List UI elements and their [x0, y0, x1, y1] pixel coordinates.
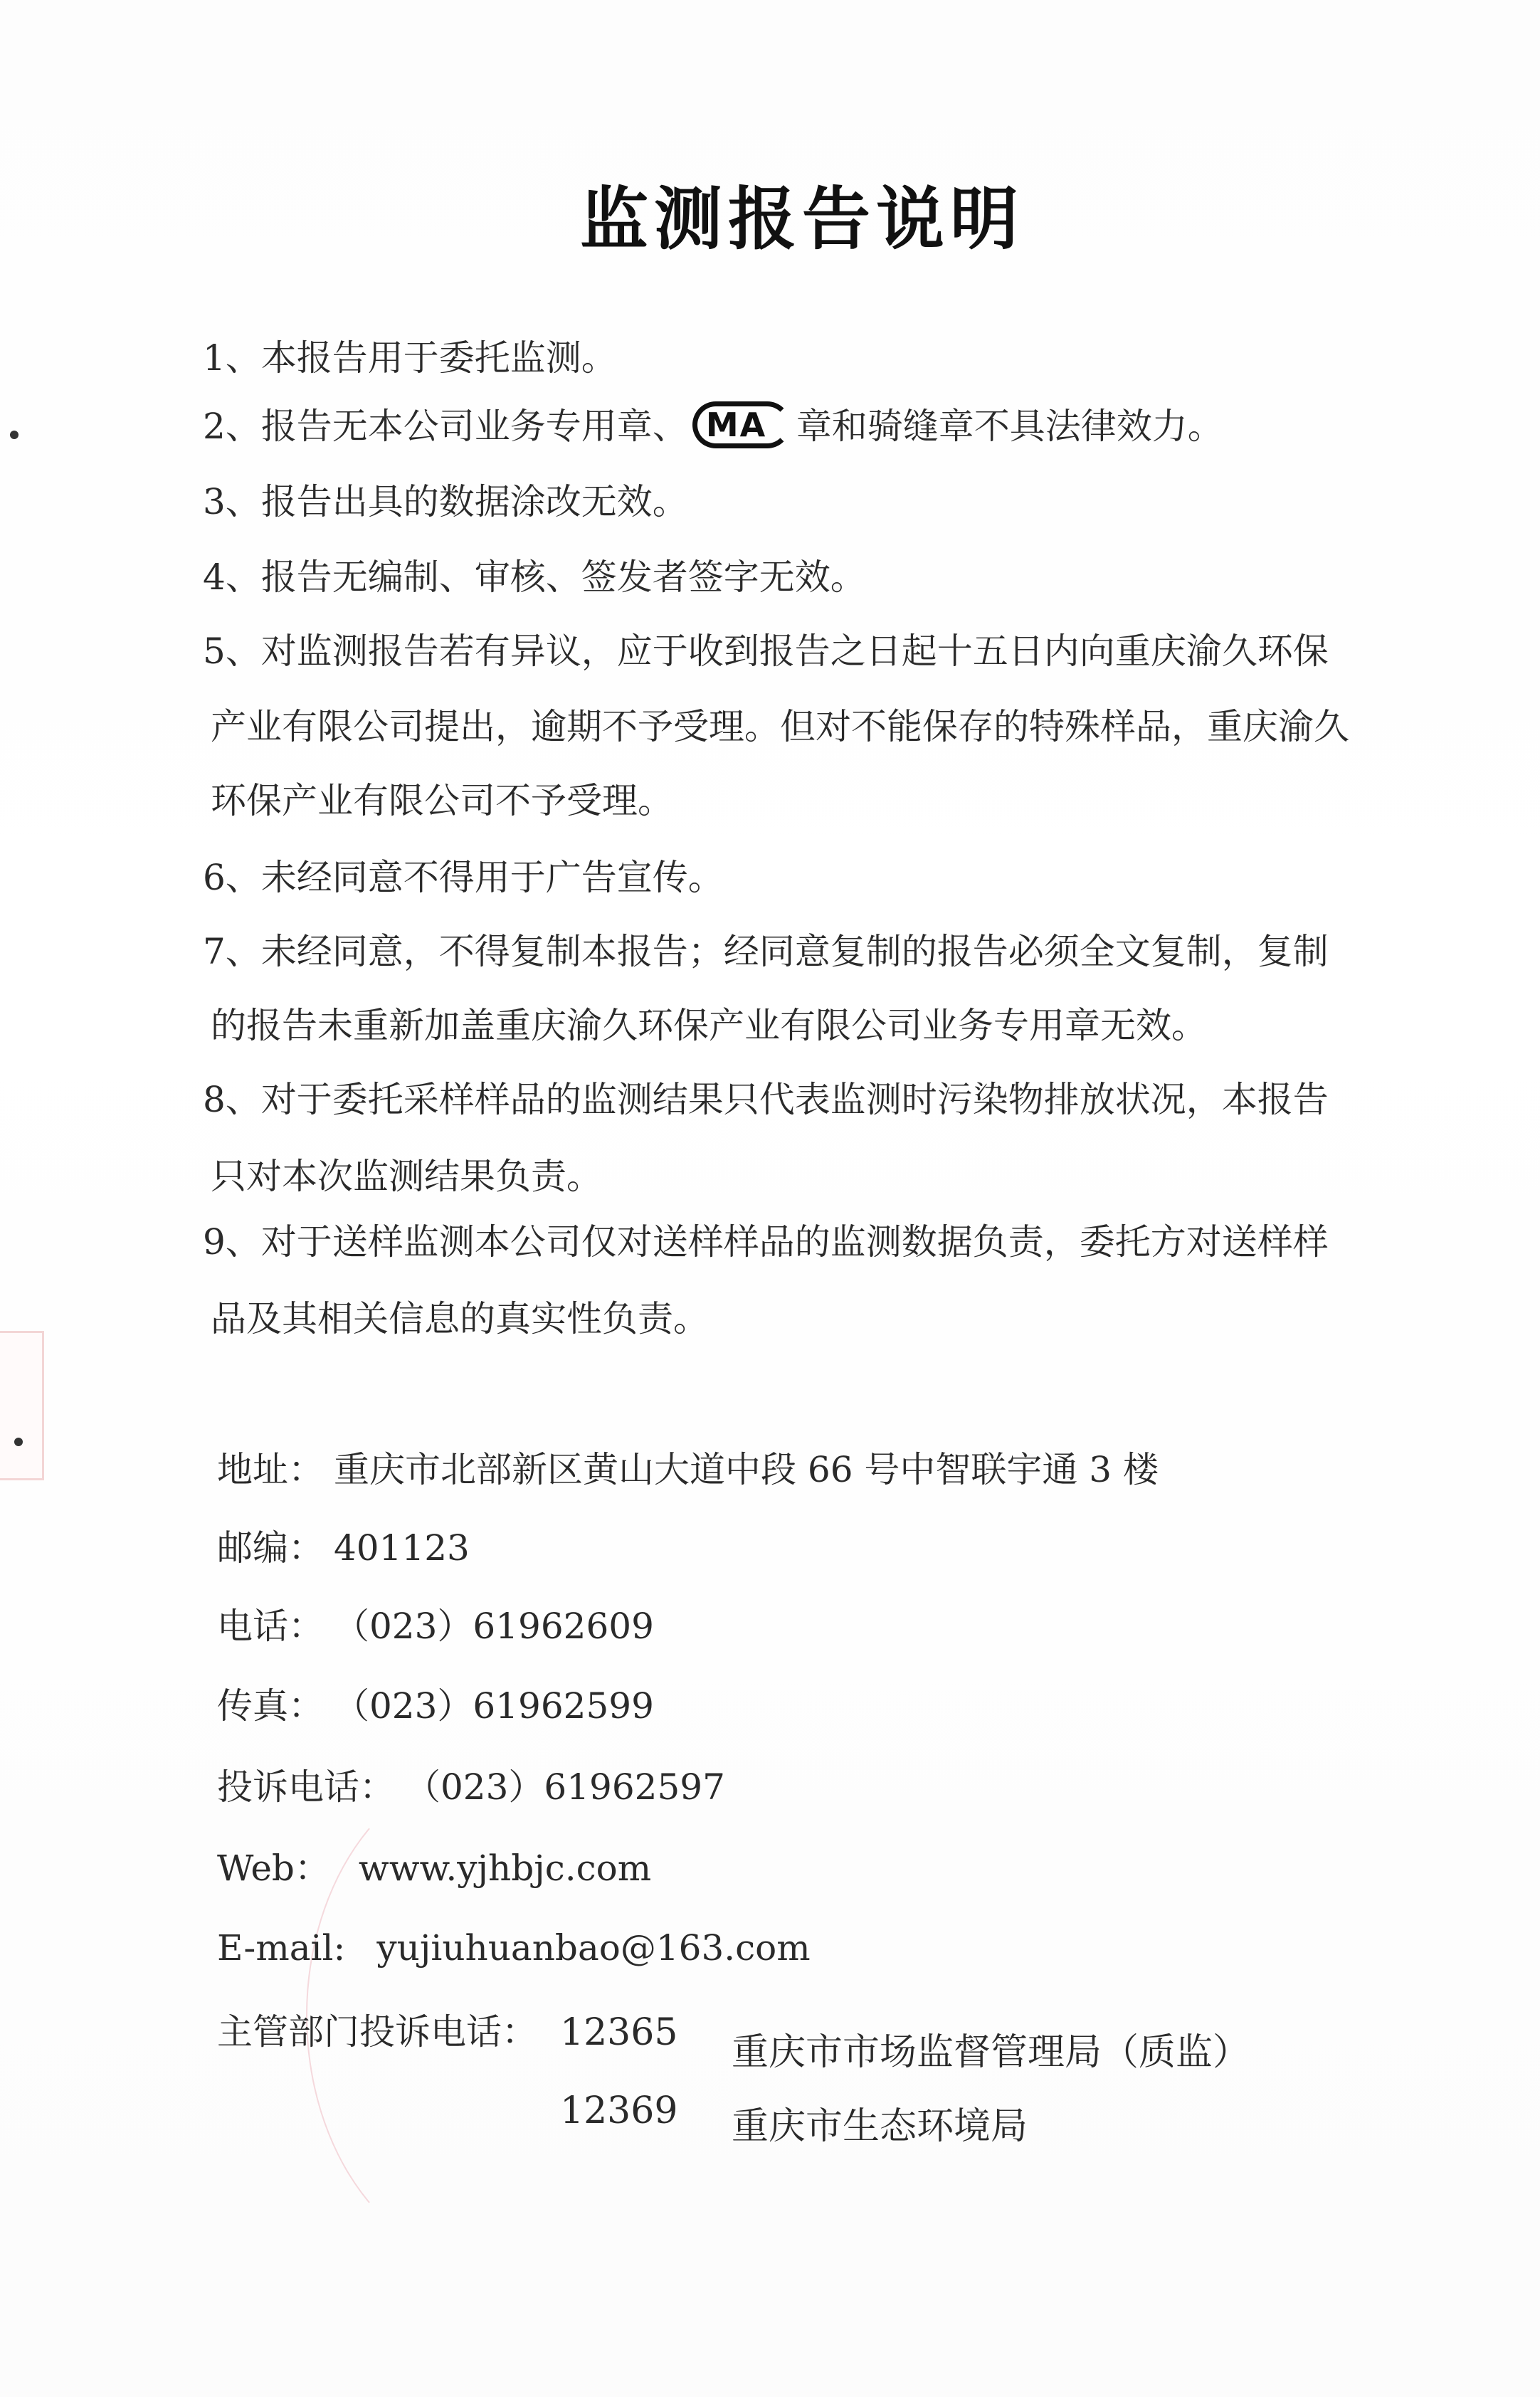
- item-number: 4、: [203, 557, 261, 598]
- notice-item-7: 7、未经同意，不得复制本报告；经同意复制的报告必须全文复制，复制: [203, 934, 1329, 969]
- postcode-label: 邮编：: [217, 1530, 324, 1566]
- contact-address: 地址：重庆市北部新区黄山大道中段 66 号中智联宇通 3 楼: [217, 1452, 1159, 1487]
- email-label: E-mail:: [217, 1930, 345, 1966]
- fax-label: 传真：: [217, 1688, 324, 1724]
- complaint-phone-label: 投诉电话：: [217, 1769, 395, 1805]
- page-edge-dot: [10, 431, 19, 439]
- document-page: 监测报告说明 1、本报告用于委托监测。 2、报告无本公司业务专用章、MA章和骑缝…: [0, 0, 1540, 2397]
- item-text: 未经同意不得用于广告宣传。: [261, 857, 724, 898]
- contact-phone: 电话：（023）61962609: [217, 1608, 654, 1644]
- postcode-value: 401123: [334, 1530, 470, 1566]
- notice-item-3: 3、报告出具的数据涂改无效。: [203, 484, 688, 520]
- authority-name-2: 重庆市生态环境局: [732, 2108, 1028, 2145]
- item-number: 6、: [203, 857, 261, 898]
- fax-value: （023）61962599: [334, 1688, 654, 1724]
- notice-item-2: 2、报告无本公司业务专用章、MA章和骑缝章不具法律效力。: [203, 406, 1223, 453]
- item-number: 2、: [203, 406, 261, 447]
- email-link[interactable]: yujiuhuanbao@163.com: [376, 1930, 810, 1966]
- seam-stamp-mark: [0, 1331, 44, 1480]
- contact-postcode: 邮编：401123: [217, 1530, 470, 1566]
- authority-name-1: 重庆市市场监督管理局（质监）: [732, 2034, 1250, 2071]
- contact-web: Web：www.yjhbjc.com: [217, 1850, 651, 1886]
- item-text-line: 未经同意，不得复制本报告；经同意复制的报告必须全文复制，复制: [261, 931, 1329, 972]
- contact-email: E-mail:yujiuhuanbao@163.com: [217, 1930, 811, 1966]
- notice-item-8: 8、对于委托采样样品的监测结果只代表监测时污染物排放状况，本报告: [203, 1082, 1329, 1117]
- seam-stamp-dot: [14, 1438, 23, 1446]
- item-number: 8、: [203, 1079, 261, 1120]
- item-text: 本报告用于委托监测。: [261, 337, 617, 379]
- item-text: 报告无编制、审核、签发者签字无效。: [261, 557, 866, 598]
- page-title: 监测报告说明: [0, 165, 1540, 263]
- notice-item-5: 5、对监测报告若有异议，应于收到报告之日起十五日内向重庆渝久环保: [203, 633, 1329, 669]
- authority-complaint-label: 主管部门投诉电话：: [217, 2014, 537, 2050]
- complaint-phone-value: （023）61962597: [405, 1769, 725, 1805]
- item-text: 报告出具的数据涂改无效。: [261, 481, 688, 522]
- item-text-line: 对于送样监测本公司仅对送样样品的监测数据负责，委托方对送样样: [261, 1221, 1329, 1263]
- notice-item-4: 4、报告无编制、审核、签发者签字无效。: [203, 559, 866, 595]
- cma-stamp-icon: MA: [692, 401, 791, 448]
- phone-label: 电话：: [217, 1608, 324, 1644]
- notice-item-5-line-3: 环保产业有限公司不予受理。: [211, 783, 673, 818]
- address-value: 重庆市北部新区黄山大道中段 66 号中智联宇通 3 楼: [334, 1452, 1159, 1487]
- item-text-after-stamp: 章和骑缝章不具法律效力。: [796, 406, 1223, 447]
- item-text-before-stamp: 报告无本公司业务专用章、: [261, 406, 688, 447]
- item-number: 3、: [203, 481, 261, 522]
- item-number: 7、: [203, 931, 261, 972]
- notice-item-1: 1、本报告用于委托监测。: [203, 340, 617, 376]
- notice-item-5-line-2: 产业有限公司提出，逾期不予受理。但对不能保存的特殊样品，重庆渝久: [211, 709, 1349, 744]
- notice-item-8-line-2: 只对本次监测结果负责。: [211, 1159, 602, 1194]
- item-number: 1、: [203, 337, 261, 379]
- item-number: 9、: [203, 1221, 261, 1263]
- address-label: 地址：: [217, 1452, 324, 1487]
- web-link[interactable]: www.yjhbjc.com: [359, 1850, 651, 1886]
- authority-number-1: 12365: [560, 2014, 677, 2051]
- notice-item-9-line-2: 品及其相关信息的真实性负责。: [211, 1301, 709, 1337]
- notice-item-6: 6、未经同意不得用于广告宣传。: [203, 860, 724, 895]
- authority-number-2: 12369: [560, 2092, 677, 2129]
- notice-item-9: 9、对于送样监测本公司仅对送样样品的监测数据负责，委托方对送样样: [203, 1224, 1329, 1260]
- item-number: 5、: [203, 631, 261, 672]
- item-text-line: 对于委托采样样品的监测结果只代表监测时污染物排放状况，本报告: [261, 1079, 1329, 1120]
- phone-value: （023）61962609: [334, 1608, 654, 1644]
- contact-fax: 传真：（023）61962599: [217, 1688, 654, 1724]
- item-text-line: 对监测报告若有异议，应于收到报告之日起十五日内向重庆渝久环保: [261, 631, 1329, 672]
- web-label: Web：: [217, 1850, 330, 1886]
- contact-complaint-phone: 投诉电话：（023）61962597: [217, 1769, 725, 1805]
- notice-item-7-line-2: 的报告未重新加盖重庆渝久环保产业有限公司业务专用章无效。: [211, 1008, 1207, 1043]
